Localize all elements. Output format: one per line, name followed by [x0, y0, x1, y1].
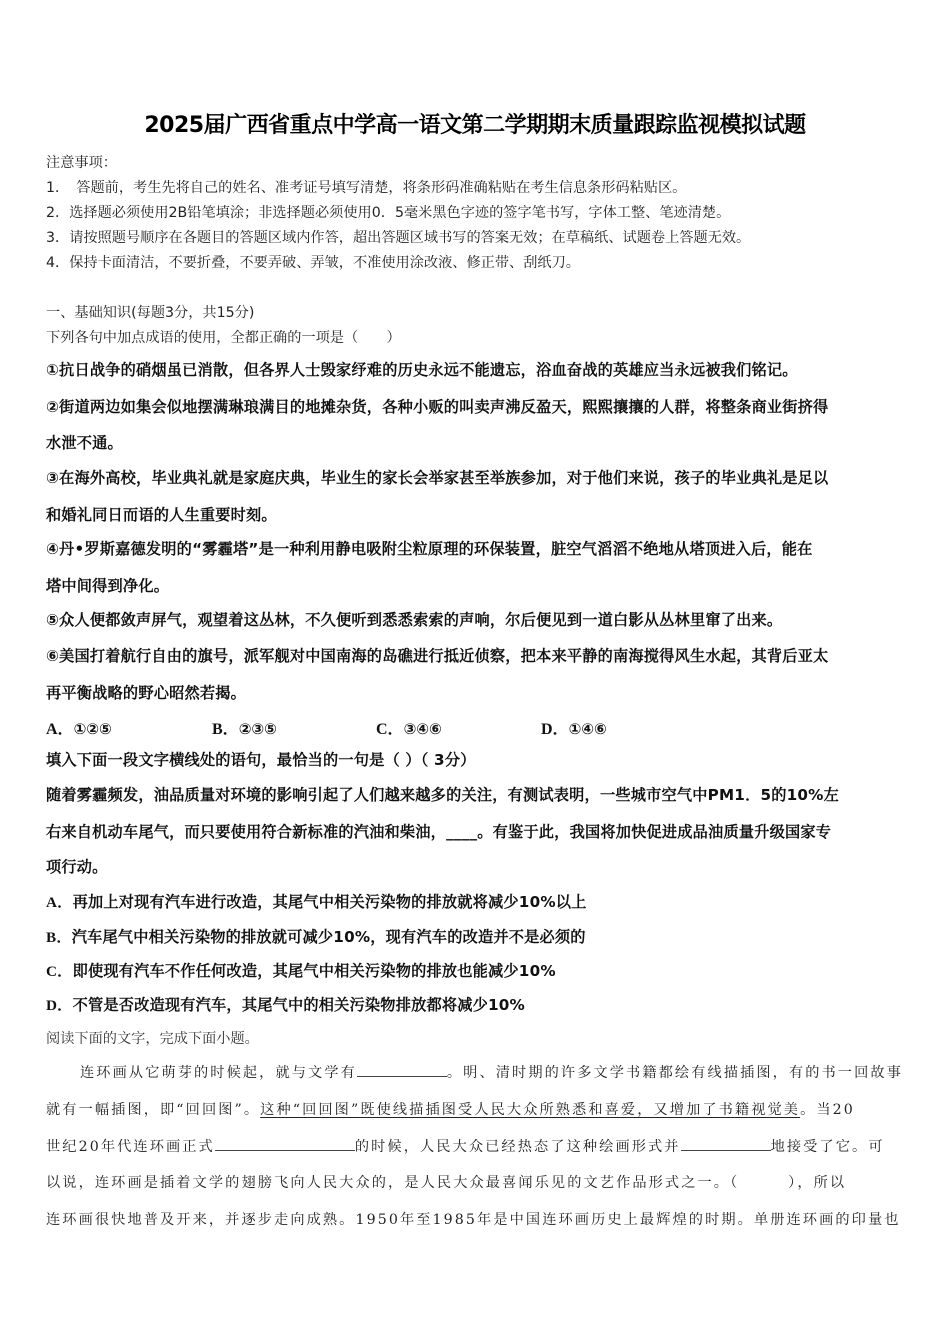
notice-item: 2．选择题必须使用2B铅笔填涂；非选择题必须使用0．5毫米黑色字迹的签字笔书写，…	[46, 202, 730, 222]
reading-instruction: 阅读下面的文字，完成下面小题。	[46, 1028, 259, 1048]
exam-page: 2025届广西省重点中学高一语文第二学期期末质量跟踪监视模拟试题 注意事项： 1…	[0, 0, 950, 1344]
q1-sentence: ⑤众人便都敛声屏气，观望着这丛林，不久便听到悉悉索索的声响，尔后便见到一道白影从…	[46, 609, 782, 630]
underlined-sentence: 这种“回回图”既使线描插图受人民大众所熟悉和喜爱，又增加了书籍视觉美	[260, 1102, 800, 1118]
q2-passage-line: 随着雾霾频发，油品质量对环境的影响引起了人们越来越多的关注，有测试表明，一些城市…	[46, 784, 839, 805]
q2-option-c[interactable]: C．即使现有汽车不作任何改造，其尾气中相关污染物的排放也能减少10%	[46, 960, 556, 981]
q1-sentence: 水泄不通。	[46, 432, 123, 453]
reading-paragraph-line: 就有一幅插图，即“回回图”。这种“回回图”既使线描插图受人民大众所熟悉和喜爱，又…	[46, 1099, 906, 1119]
notice-item: 1． 答题前，考生先将自己的姓名、准考证号填写清楚，将条形码准确粘贴在考生信息条…	[46, 177, 686, 197]
reading-paragraph-line: 世纪20年代连环画正式的时候，人民大众已经热态了这种绘画形式并地接受了它。可	[46, 1136, 906, 1156]
q2-passage-line: 项行动。	[46, 856, 108, 877]
reading-paragraph-line: 连环画很快地普及开来，并逐步走向成熟。1950年至1985年是中国连环画历史上最…	[46, 1209, 906, 1229]
q1-sentence: ⑥美国打着航行自由的旗号，派军舰对中国南海的岛礁进行抵近侦察，把本来平静的南海搅…	[46, 645, 828, 666]
reading-paragraph-line: 连环画从它萌芽的时候起，就与文学有。明、清时期的许多文学书籍都绘有线描插图，有的…	[46, 1062, 906, 1082]
q1-sentence: 再平衡战略的野心昭然若揭。	[46, 682, 246, 703]
notice-heading: 注意事项：	[46, 152, 117, 172]
q1-sentence: ③在海外高校，毕业典礼就是家庭庆典，毕业生的家长会举家甚至举族参加，对于他们来说…	[46, 467, 828, 488]
notice-item: 3．请按照题号顺序在各题目的答题区域内作答，超出答题区域书写的答案无效；在草稿纸…	[46, 227, 750, 247]
q2-option-d[interactable]: D．不管是否改造现有汽车，其尾气中的相关污染物排放都将减少10%	[46, 994, 525, 1015]
question-1-stem: 下列各句中加点成语的使用，全都正确的一项是（ ）	[46, 327, 401, 347]
blank-line	[681, 1136, 771, 1151]
q1-option-d[interactable]: D．①④⑥	[541, 716, 607, 739]
q1-options: A．①②⑤ B．②③⑤ C．③④⑥ D．①④⑥	[46, 716, 926, 738]
question-2-stem: 填入下面一段文字横线处的语句，最恰当的一句是（ ）（ 3分）	[46, 749, 476, 770]
reading-paragraph-line: 以说，连环画是插着文学的翅膀飞向人民大众的，是人民大众最喜闻乐见的文艺作品形式之…	[46, 1172, 906, 1192]
blank-line	[357, 1062, 447, 1077]
q2-option-a[interactable]: A．再加上对现有汽车进行改造，其尾气中相关污染物的排放就将减少10%以上	[46, 891, 587, 912]
q1-sentence: 塔中间得到净化。	[46, 575, 169, 596]
q1-option-b[interactable]: B．②③⑤	[212, 716, 277, 739]
q2-passage-line: 右来自机动车尾气，而只要使用符合新标准的汽油和柴油，____。有鉴于此，我国将加…	[46, 821, 831, 842]
q1-sentence: ④丹•罗斯嘉德发明的“雾霾塔”是一种利用静电吸附尘粒原理的环保装置，脏空气滔滔不…	[46, 538, 813, 559]
section-heading: 一、基础知识(每题3分，共15分)	[46, 302, 254, 322]
q1-sentence: ①抗日战争的硝烟虽已消散，但各界人士毁家纾难的历史永远不能遗忘，浴血奋战的英雄应…	[46, 359, 798, 380]
q1-sentence: ②街道两边如集会似地摆满琳琅满目的地摊杂货，各种小贩的叫卖声沸反盈天，熙熙攘攘的…	[46, 396, 828, 417]
q2-option-b[interactable]: B．汽车尾气中相关污染物的排放就可减少10%，现有汽车的改造并不是必须的	[46, 926, 586, 947]
q1-sentence: 和婚礼同日而语的人生重要时刻。	[46, 504, 277, 525]
q1-option-c[interactable]: C．③④⑥	[376, 716, 442, 739]
page-title: 2025届广西省重点中学高一语文第二学期期末质量跟踪监视模拟试题	[0, 108, 950, 139]
blank-line	[215, 1136, 355, 1151]
notice-item: 4．保持卡面清洁，不要折叠，不要弄破、弄皱，不准使用涂改液、修正带、刮纸刀。	[46, 252, 580, 272]
q1-option-a[interactable]: A．①②⑤	[46, 716, 112, 739]
